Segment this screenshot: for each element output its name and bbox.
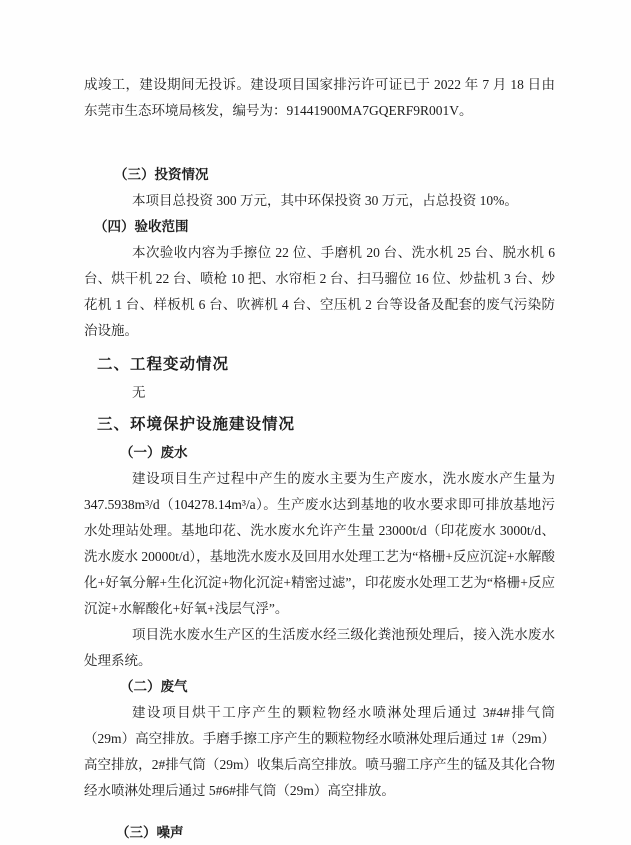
para-acceptance-scope: 本次验收内容为手擦位 22 位、手磨机 20 台、洗水机 25 台、脱水机 6 … [84, 240, 555, 344]
para-permit-info: 成竣工，建设期间无投诉。建设项目国家排污许可证已于 2022 年 7 月 18 … [84, 72, 555, 124]
heading-noise: （三）噪声 [84, 820, 555, 845]
heading-wastewater: （一）废水 [84, 440, 555, 466]
heading-exhaust-gas: （二）废气 [84, 674, 555, 700]
para-wastewater-2: 项目洗水废水生产区的生活废水经三级化粪池预处理后，接入洗水废水处理系统。 [84, 622, 555, 674]
heading-investment: （三）投资情况 [84, 162, 555, 188]
heading-section-3: 三、环境保护设施建设情况 [84, 410, 555, 440]
heading-acceptance-scope: （四）验收范围 [84, 214, 555, 240]
para-exhaust-gas: 建设项目烘干工序产生的颗粒物经水喷淋处理后通过 3#4#排气筒（29m）高空排放… [84, 700, 555, 804]
para-investment: 本项目总投资 300 万元，其中环保投资 30 万元，占总投资 10%。 [84, 188, 555, 214]
document-page: 成竣工，建设期间无投诉。建设项目国家排污许可证已于 2022 年 7 月 18 … [0, 0, 631, 845]
para-none: 无 [84, 380, 555, 406]
para-wastewater-1: 建设项目生产过程中产生的废水主要为生产废水，洗水废水产生量为 347.5938m… [84, 466, 555, 622]
heading-section-2: 二、工程变动情况 [84, 350, 555, 380]
